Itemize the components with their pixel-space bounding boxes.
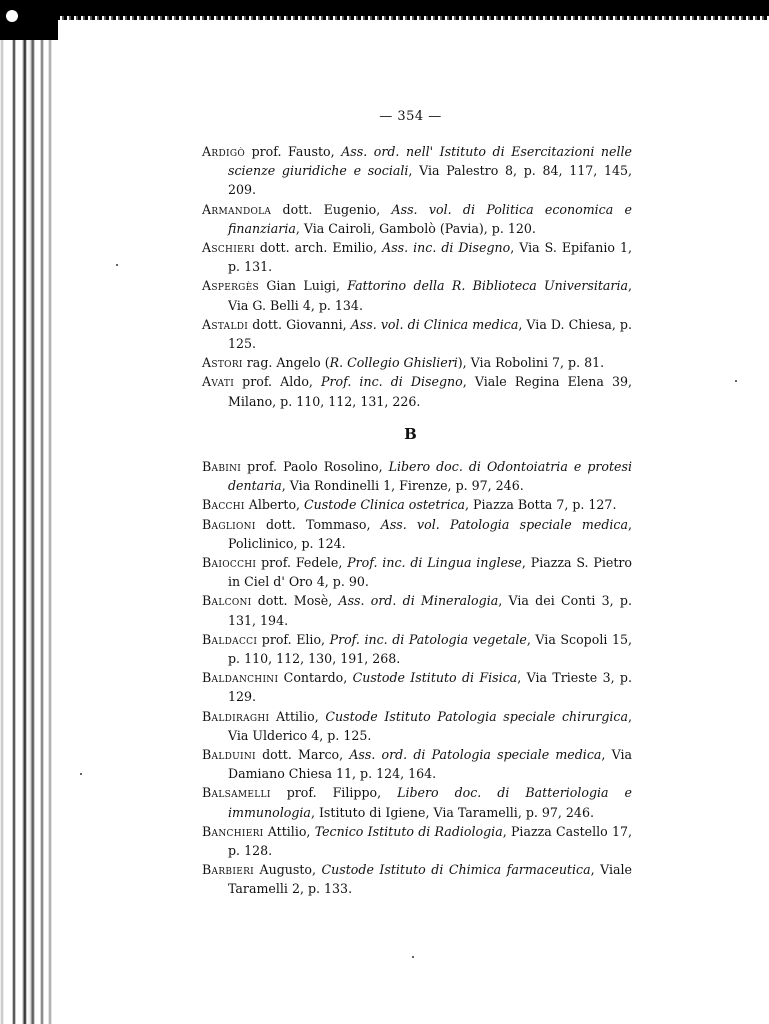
entry-surname: Ardigò (202, 144, 245, 159)
entries-section-b: Babini prof. Paolo Rosolino, Libero doc.… (202, 457, 632, 899)
directory-entry: Balconi dott. Mosè, Ass. ord. di Mineral… (202, 591, 632, 629)
entry-role: Prof. inc. di Patologia vegetale (330, 632, 527, 647)
scan-speck (412, 956, 414, 958)
entry-surname: Banchieri (202, 824, 264, 839)
entry-role: Ass. ord. di Patologia speciale medica (349, 747, 601, 762)
entry-role: Fattorino della R. Biblioteca Universita… (347, 278, 628, 293)
directory-entry: Astori rag. Angelo (R. Collegio Ghislier… (202, 353, 632, 372)
directory-entry: Baldanchini Contardo, Custode Istituto d… (202, 668, 632, 706)
scan-top-edge (0, 0, 769, 18)
directory-entry: Baldacci prof. Elio, Prof. inc. di Patol… (202, 630, 632, 668)
directory-entry: Barbieri Augusto, Custode Istituto di Ch… (202, 860, 632, 898)
entry-surname: Barbieri (202, 862, 254, 877)
section-heading-b: B (0, 425, 769, 443)
directory-entry: Baldiraghi Attilio, Custode Istituto Pat… (202, 707, 632, 745)
entry-role: Prof. inc. di Lingua inglese (347, 555, 522, 570)
scan-speck (735, 380, 737, 382)
entry-role: Custode Istituto Patologia speciale chir… (325, 709, 628, 724)
directory-entry: Ardigò prof. Fausto, Ass. ord. nell' Ist… (202, 142, 632, 200)
entry-surname: Babini (202, 459, 241, 474)
entry-surname: Baglioni (202, 517, 256, 532)
directory-entry: Baglioni dott. Tommaso, Ass. vol. Patolo… (202, 515, 632, 553)
page-number: — 354 — (0, 109, 769, 124)
entries-section-a: Ardigò prof. Fausto, Ass. ord. nell' Ist… (202, 142, 632, 411)
directory-entry: Baiocchi prof. Fedele, Prof. inc. di Lin… (202, 553, 632, 591)
scan-speck (80, 773, 82, 775)
directory-entry: Aschieri dott. arch. Emilio, Ass. inc. d… (202, 238, 632, 276)
entry-surname: Baldiraghi (202, 709, 269, 724)
directory-entry: Babini prof. Paolo Rosolino, Libero doc.… (202, 457, 632, 495)
entry-surname: Aschieri (202, 240, 255, 255)
entry-surname: Baiocchi (202, 555, 256, 570)
directory-entry: Astaldi dott. Giovanni, Ass. vol. di Cli… (202, 315, 632, 353)
directory-entry: Balduini dott. Marco, Ass. ord. di Patol… (202, 745, 632, 783)
entry-surname: Astori (202, 355, 243, 370)
entry-role: Custode Clinica ostetrica (304, 497, 465, 512)
entry-role: Prof. inc. di Disegno (321, 374, 463, 389)
book-spine (0, 0, 58, 1024)
entry-surname: Baldanchini (202, 670, 278, 685)
entry-role: Ass. ord. di Mineralogia (338, 593, 498, 608)
scan-speck (116, 264, 118, 266)
spine-corner (0, 0, 58, 40)
entry-surname: Bacchi (202, 497, 245, 512)
directory-entry: Banchieri Attilio, Tecnico Istituto di R… (202, 822, 632, 860)
entry-role: Ass. vol. Patologia speciale medica (381, 517, 628, 532)
entry-surname: Balconi (202, 593, 252, 608)
directory-entry: Armandola dott. Eugenio, Ass. vol. di Po… (202, 200, 632, 238)
entry-role: Tecnico Istituto di Radiologia (315, 824, 503, 839)
entry-surname: Baldacci (202, 632, 257, 647)
entry-role: Ass. inc. di Disegno (382, 240, 510, 255)
directory-entry: Balsamelli prof. Filippo, Libero doc. di… (202, 783, 632, 821)
entry-surname: Astaldi (202, 317, 248, 332)
entry-surname: Aspergès (202, 278, 259, 293)
entry-role: Custode Istituto di Chimica farmaceutica (322, 862, 591, 877)
entry-role: R. Collegio Ghislieri (330, 355, 458, 370)
entry-role: Custode Istituto di Fisica (353, 670, 518, 685)
directory-entry: Avati prof. Aldo, Prof. inc. di Disegno,… (202, 372, 632, 410)
entry-surname: Balduini (202, 747, 256, 762)
directory-entry: Bacchi Alberto, Custode Clinica ostetric… (202, 495, 632, 514)
entry-surname: Balsamelli (202, 785, 271, 800)
directory-entry: Aspergès Gian Luigi, Fattorino della R. … (202, 276, 632, 314)
entry-role: Ass. vol. di Clinica medica (351, 317, 519, 332)
entry-surname: Armandola (202, 202, 271, 217)
entry-surname: Avati (202, 374, 234, 389)
